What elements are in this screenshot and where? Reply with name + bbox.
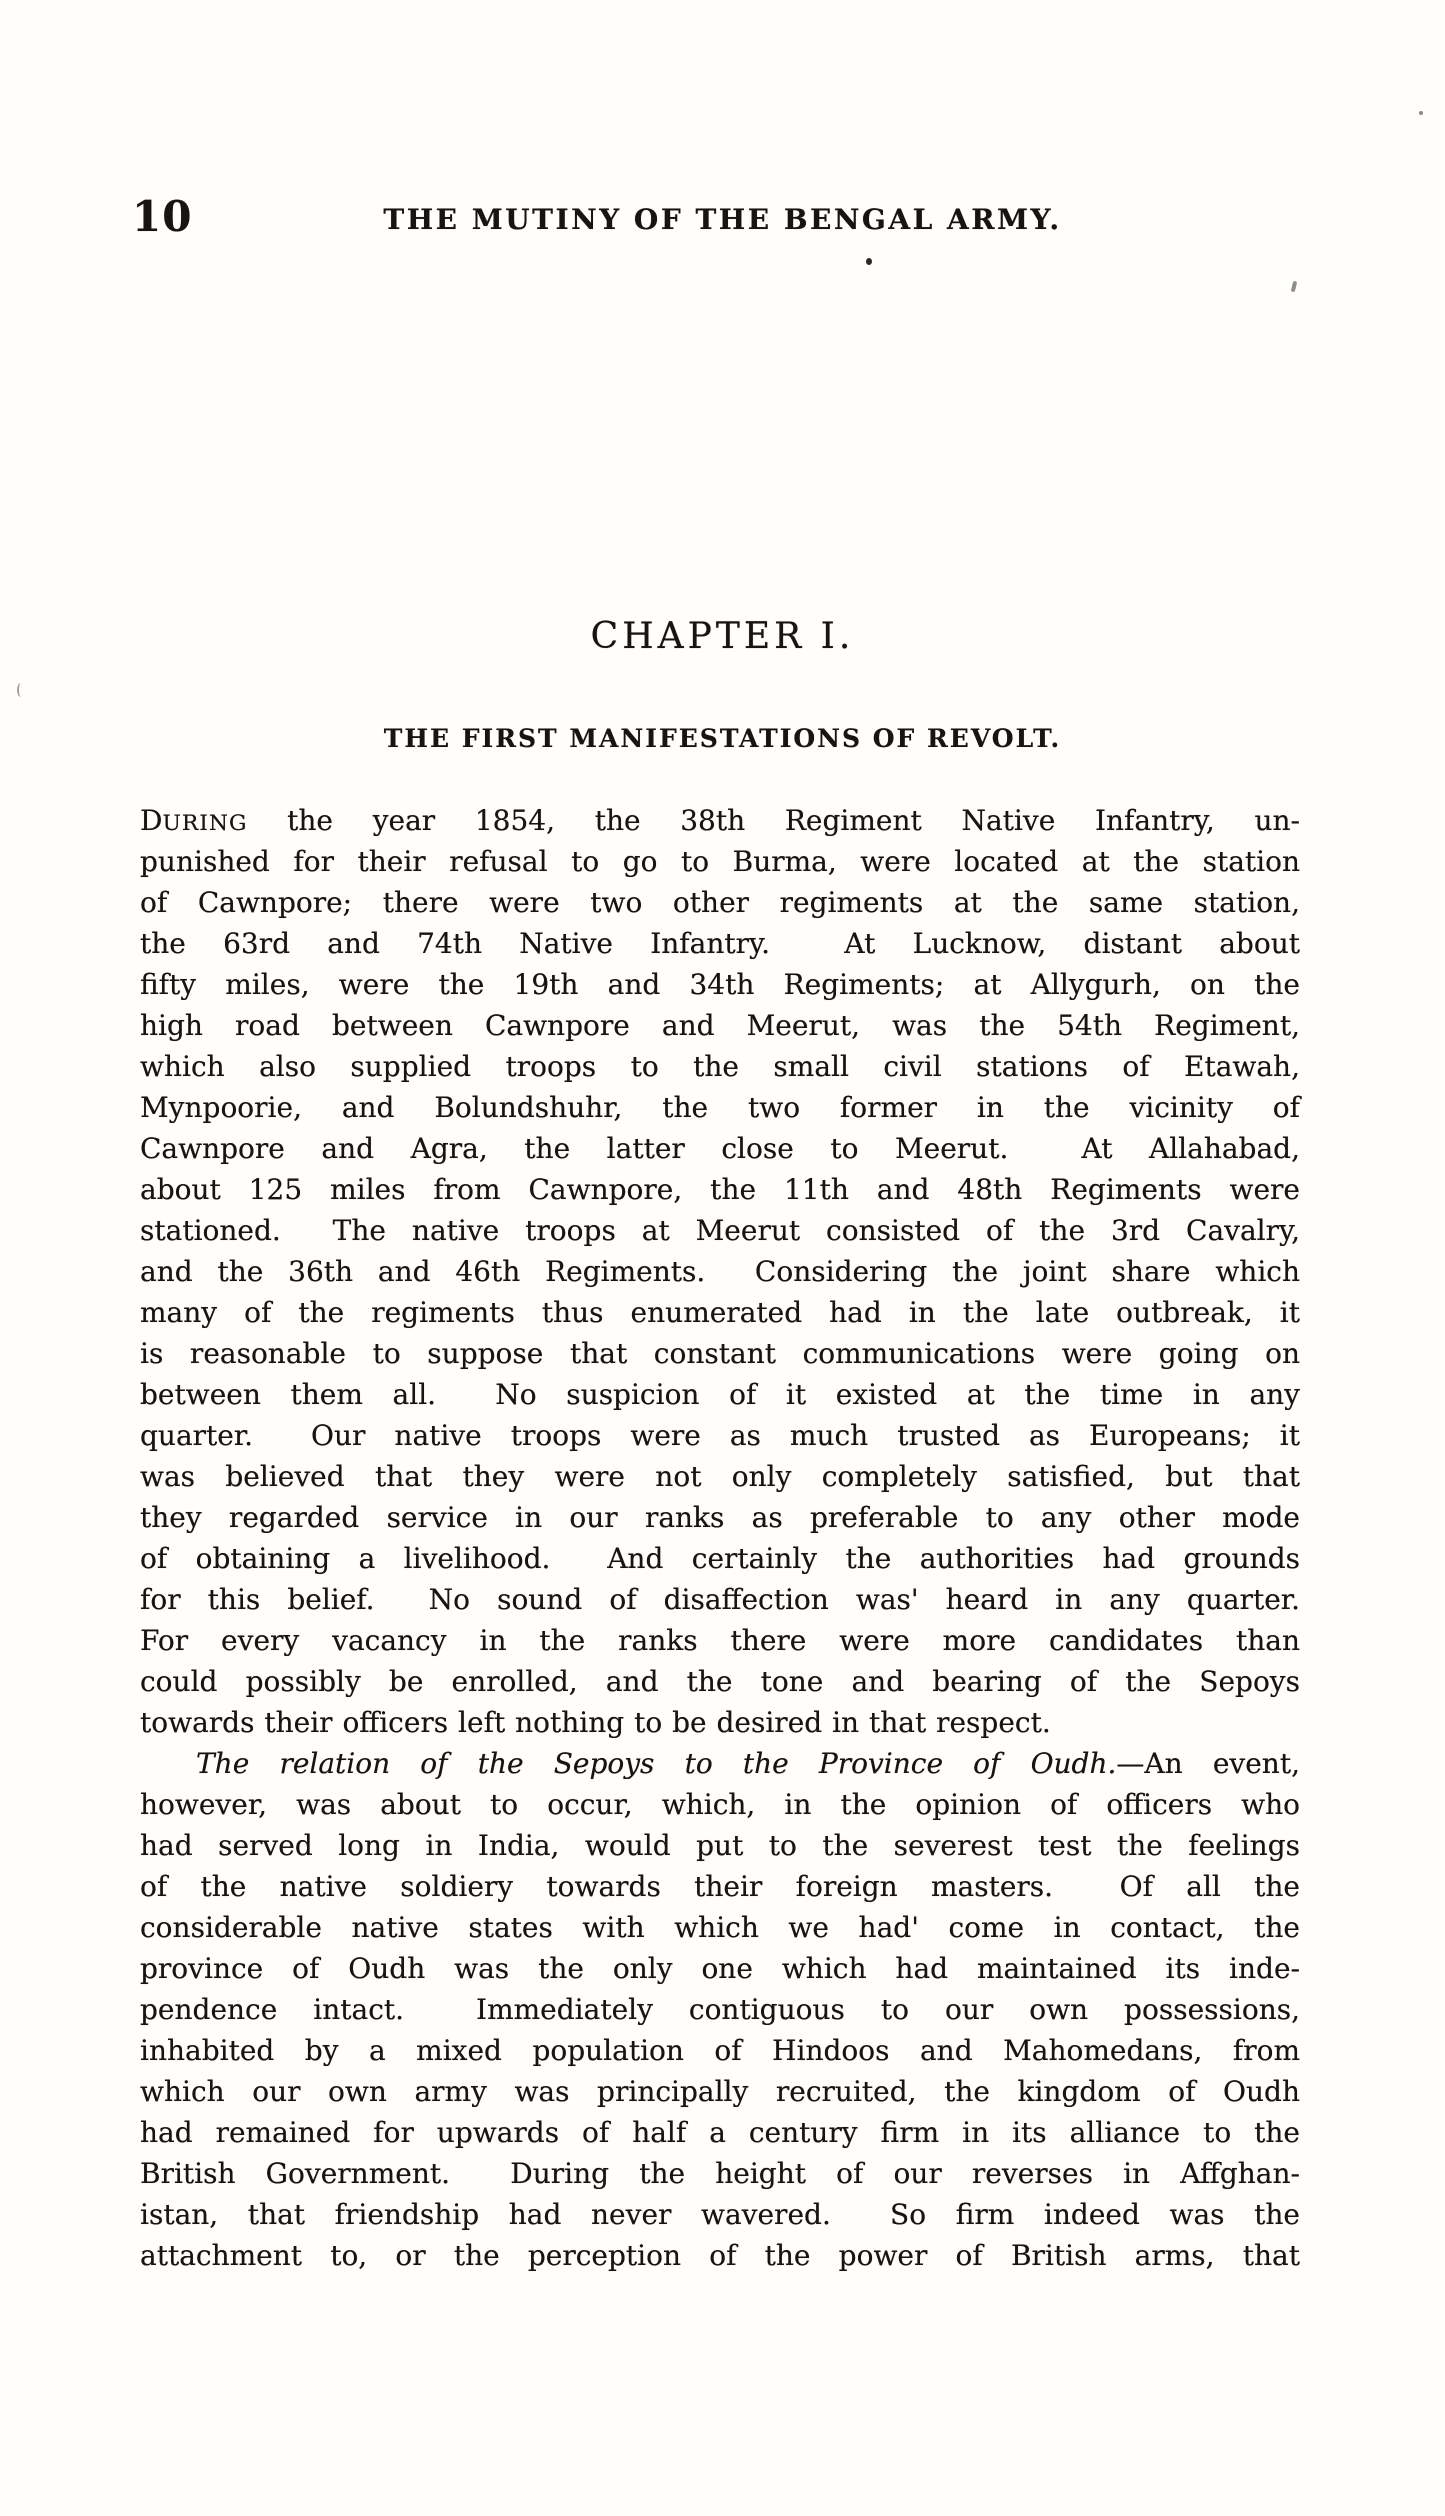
text-line: the 63rd and 74th Native Infantry. At Lu… — [140, 923, 1300, 964]
book-page: 10 THE MUTINY OF THE BENGAL ARMY. CHAPTE… — [0, 0, 1445, 2516]
italic-phrase: The relation of the Sepoys to the Provin… — [196, 1747, 1116, 1780]
text-line: however, was about to occur, which, in t… — [140, 1784, 1300, 1825]
scan-speck — [1419, 111, 1423, 115]
text-line: and the 36th and 46th Regiments. Conside… — [140, 1251, 1300, 1292]
text-line: for this belief. No sound of disaffectio… — [140, 1579, 1300, 1620]
text-line: For every vacancy in the ranks there wer… — [140, 1620, 1300, 1661]
text-line: considerable native states with which we… — [140, 1907, 1300, 1948]
scan-speck — [866, 258, 872, 265]
text-line: they regarded service in our ranks as pr… — [140, 1497, 1300, 1538]
text-line: inhabited by a mixed population of Hindo… — [140, 2030, 1300, 2071]
text-line: had served long in India, would put to t… — [140, 1825, 1300, 1866]
line-rest: —An event, — [1116, 1747, 1300, 1780]
text-line: stationed. The native troops at Meerut c… — [140, 1210, 1300, 1251]
text-line: British Government. During the height of… — [140, 2153, 1300, 2194]
text-line: The relation of the Sepoys to the Provin… — [140, 1743, 1300, 1784]
text-line: of obtaining a livelihood. And certainly… — [140, 1538, 1300, 1579]
text-line: could possibly be enrolled, and the tone… — [140, 1661, 1300, 1702]
chapter-subtitle: THE FIRST MANIFESTATIONS OF REVOLT. — [0, 724, 1445, 753]
text-line: fifty miles, were the 19th and 34th Regi… — [140, 964, 1300, 1005]
text-line: province of Oudh was the only one which … — [140, 1948, 1300, 1989]
text-line: about 125 miles from Cawnpore, the 11th … — [140, 1169, 1300, 1210]
running-header: THE MUTINY OF THE BENGAL ARMY. — [0, 203, 1445, 236]
text-line: istan, that friendship had never wavered… — [140, 2194, 1300, 2235]
text-line: between them all. No suspicion of it exi… — [140, 1374, 1300, 1415]
text-line: many of the regiments thus enumerated ha… — [140, 1292, 1300, 1333]
text-line: was believed that they were not only com… — [140, 1456, 1300, 1497]
chapter-heading: CHAPTER I. — [0, 616, 1445, 657]
text-line: attachment to, or the perception of the … — [140, 2235, 1300, 2276]
scan-speck — [1291, 281, 1298, 293]
text-line: high road between Cawnpore and Meerut, w… — [140, 1005, 1300, 1046]
drop-lead: D — [140, 804, 162, 837]
text-line: of the native soldiery towards their for… — [140, 1866, 1300, 1907]
text-line: pendence intact. Immediately contiguous … — [140, 1989, 1300, 2030]
text-line: quarter. Our native troops were as much … — [140, 1415, 1300, 1456]
text-line: had remained for upwards of half a centu… — [140, 2112, 1300, 2153]
text-line: towards their officers left nothing to b… — [140, 1702, 1300, 1743]
body-text: DURING the year 1854, the 38th Regiment … — [140, 800, 1300, 2276]
text-line: of Cawnpore; there were two other regime… — [140, 882, 1300, 923]
text-line: punished for their refusal to go to Burm… — [140, 841, 1300, 882]
scan-speck — [17, 683, 25, 697]
text-line: is reasonable to suppose that constant c… — [140, 1333, 1300, 1374]
text-line: Cawnpore and Agra, the latter close to M… — [140, 1128, 1300, 1169]
text-line: Mynpoorie, and Bolundshuhr, the two form… — [140, 1087, 1300, 1128]
line-rest: the year 1854, the 38th Regiment Native … — [247, 804, 1300, 837]
text-line: DURING the year 1854, the 38th Regiment … — [140, 800, 1300, 841]
text-line: which also supplied troops to the small … — [140, 1046, 1300, 1087]
text-line: which our own army was principally recru… — [140, 2071, 1300, 2112]
small-caps: URING — [162, 811, 247, 836]
